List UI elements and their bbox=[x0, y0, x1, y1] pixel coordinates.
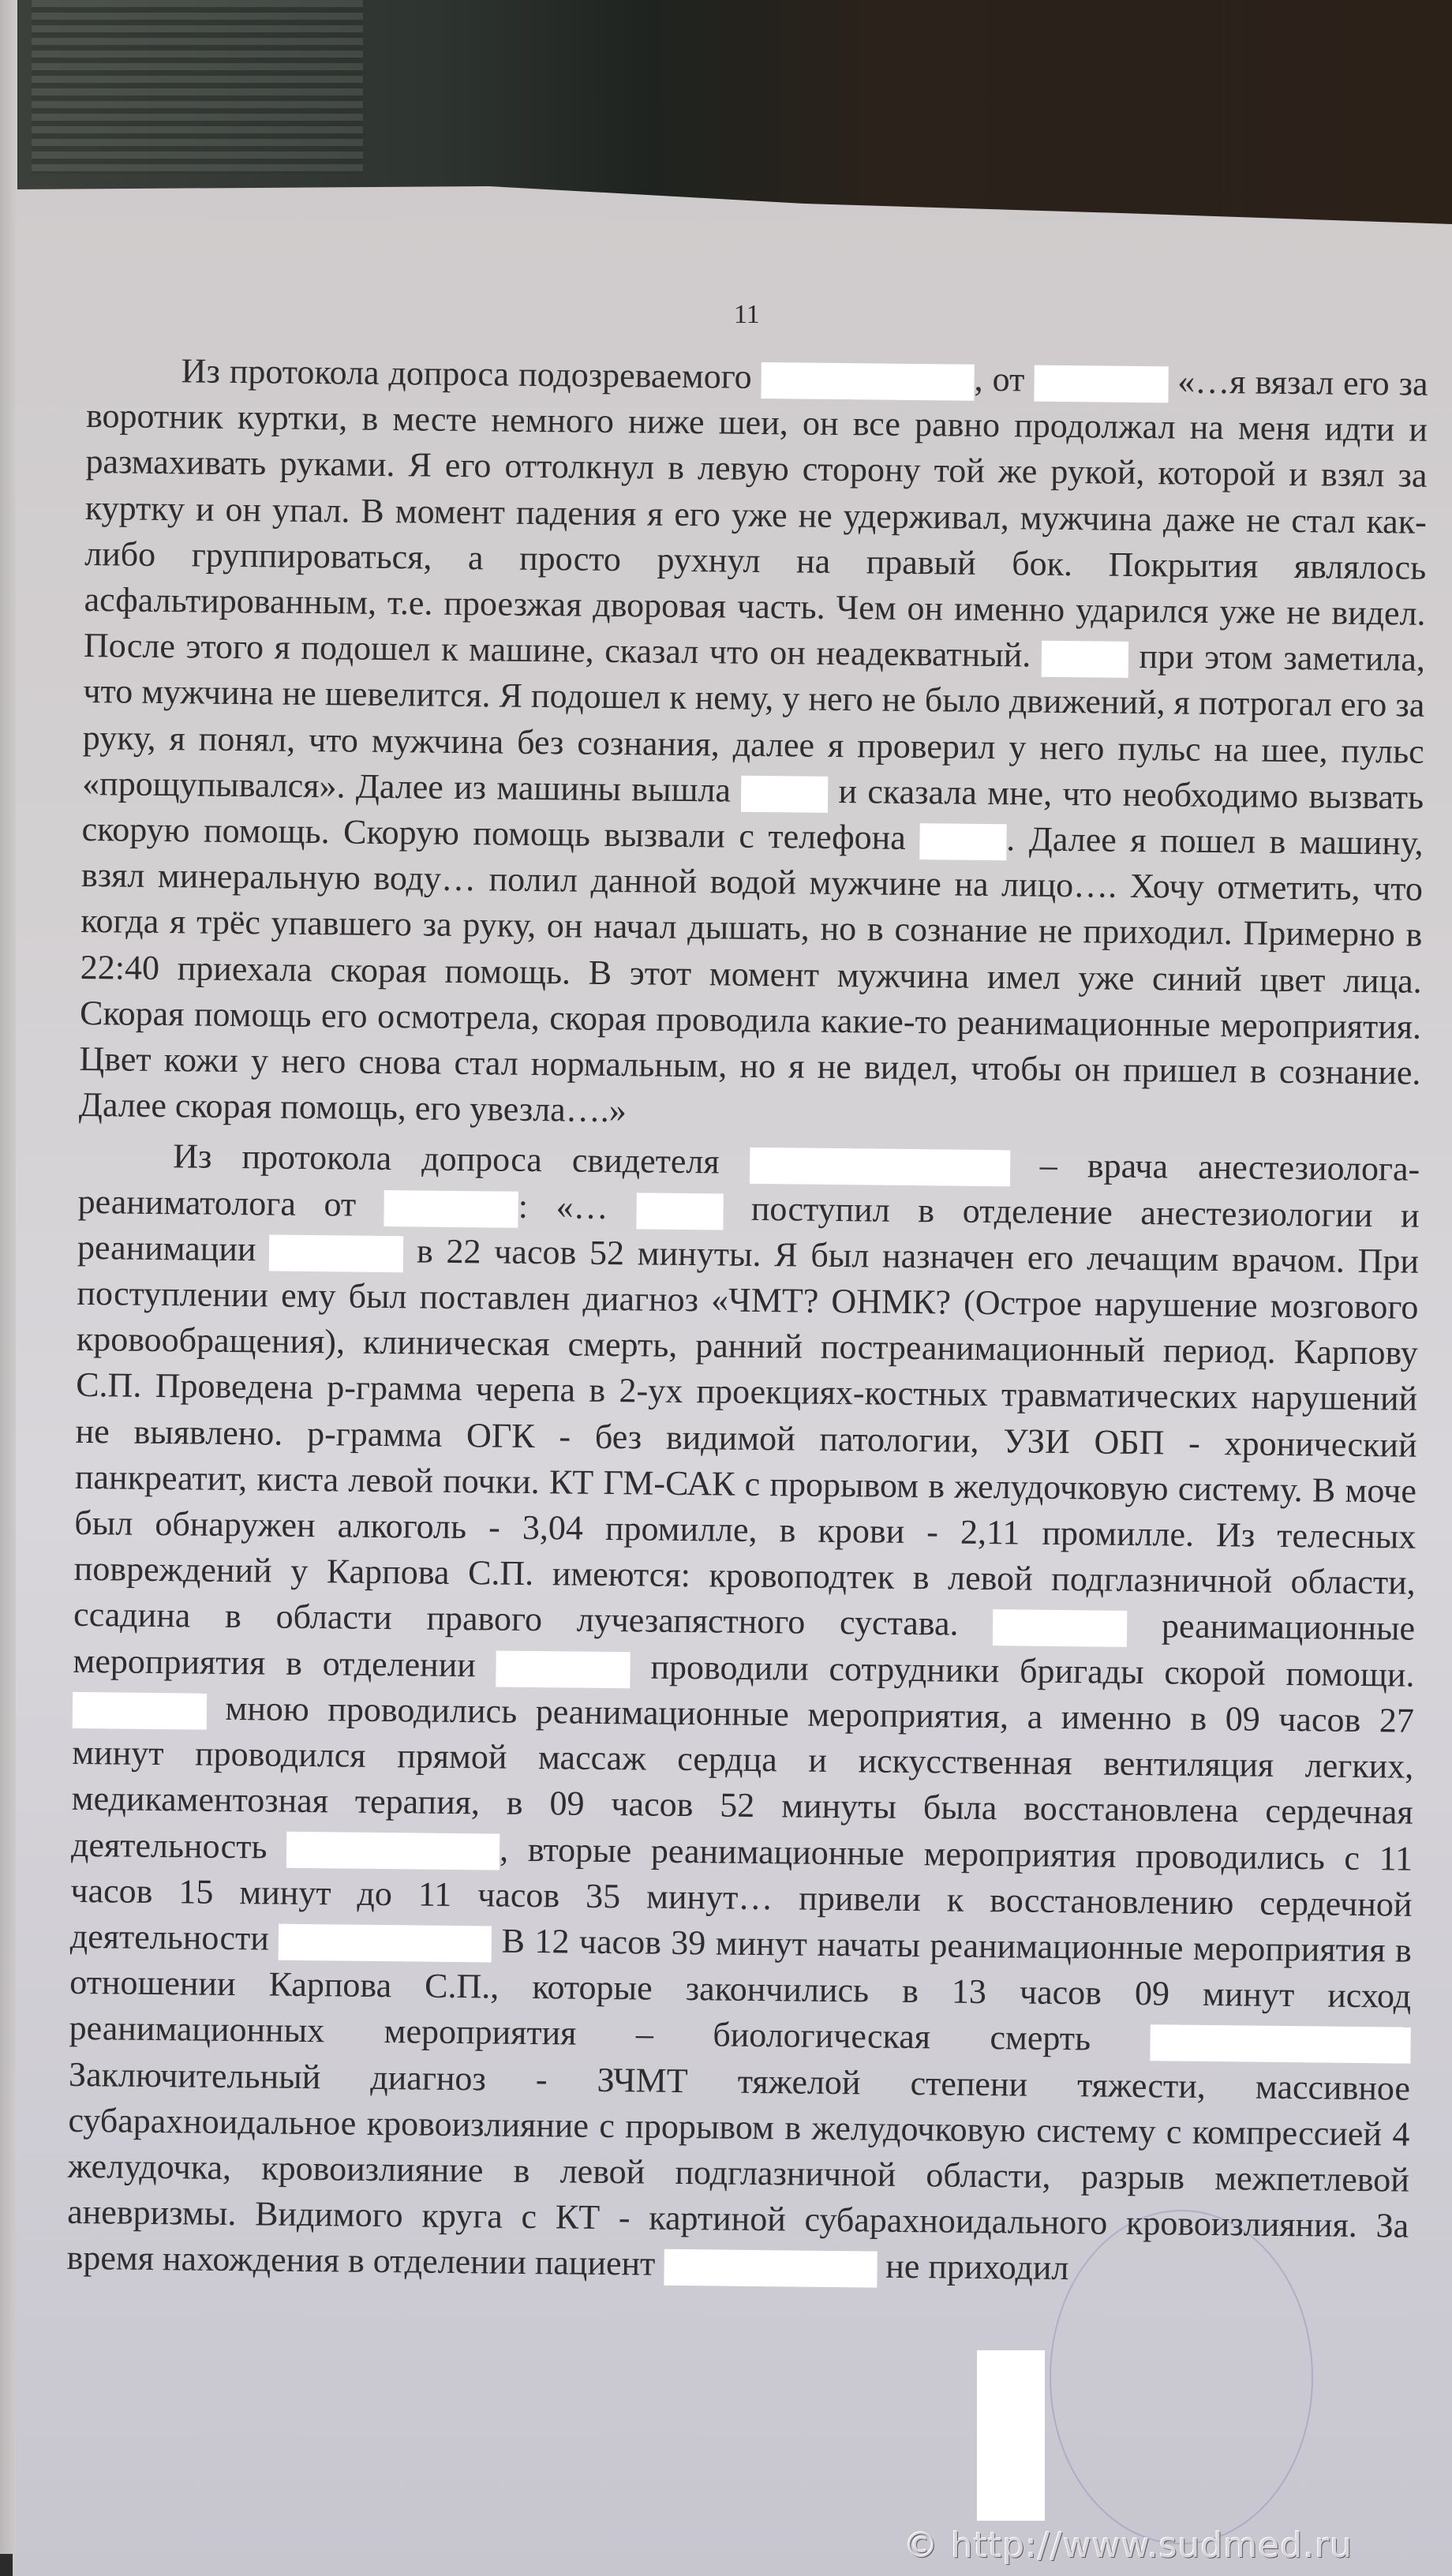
redaction-box bbox=[1042, 641, 1128, 678]
redaction-box bbox=[286, 1832, 500, 1870]
redaction-box bbox=[269, 1234, 403, 1272]
redaction-box bbox=[993, 1610, 1127, 1648]
redaction-box bbox=[664, 2249, 877, 2288]
redaction-box bbox=[73, 1692, 207, 1730]
text-run: : «… bbox=[518, 1186, 637, 1226]
redaction-box bbox=[636, 1193, 723, 1230]
redaction-box bbox=[977, 2350, 1045, 2521]
text-run: в 22 часов 52 минуты. Я был назначен его… bbox=[73, 1231, 1419, 1643]
redaction-box bbox=[279, 1923, 492, 1962]
text-run: «…я вязал его за воротник куртки, в мест… bbox=[84, 361, 1428, 675]
redaction-box bbox=[749, 1148, 1009, 1186]
text-run: не приходил bbox=[877, 2247, 1069, 2288]
redaction-box bbox=[384, 1190, 518, 1228]
paragraph-witness-testimony: Из протокола допроса свидетеля – врача а… bbox=[66, 1133, 1420, 2295]
text-run: , от bbox=[974, 360, 1034, 399]
text-run: Из протокола допроса свидетеля bbox=[173, 1137, 750, 1182]
paragraph-suspect-testimony: Из протокола допроса подозреваемого , от… bbox=[79, 347, 1428, 1142]
redaction-box bbox=[761, 362, 974, 401]
redaction-box bbox=[1150, 2024, 1410, 2063]
document-body: Из протокола допроса подозреваемого , от… bbox=[66, 347, 1428, 2295]
redaction-box bbox=[496, 1650, 630, 1688]
page-number: 11 bbox=[734, 300, 760, 330]
redaction-box bbox=[1034, 365, 1168, 402]
watermark: © http://www.sudmed.ru bbox=[904, 2525, 1353, 2566]
window-blinds bbox=[32, 0, 363, 174]
page-corner-shadow bbox=[0, 2554, 13, 2576]
ink-stamp bbox=[1050, 2210, 1313, 2544]
text-run: проводили сотрудники бригады скорой помо… bbox=[630, 1647, 1414, 1694]
redaction-box bbox=[919, 823, 1006, 860]
redaction-box bbox=[741, 775, 828, 812]
text-run: Из протокола допроса подозреваемого bbox=[181, 351, 762, 396]
text-run: . Далее я пошел в машину, взял минеральн… bbox=[79, 819, 1424, 1129]
